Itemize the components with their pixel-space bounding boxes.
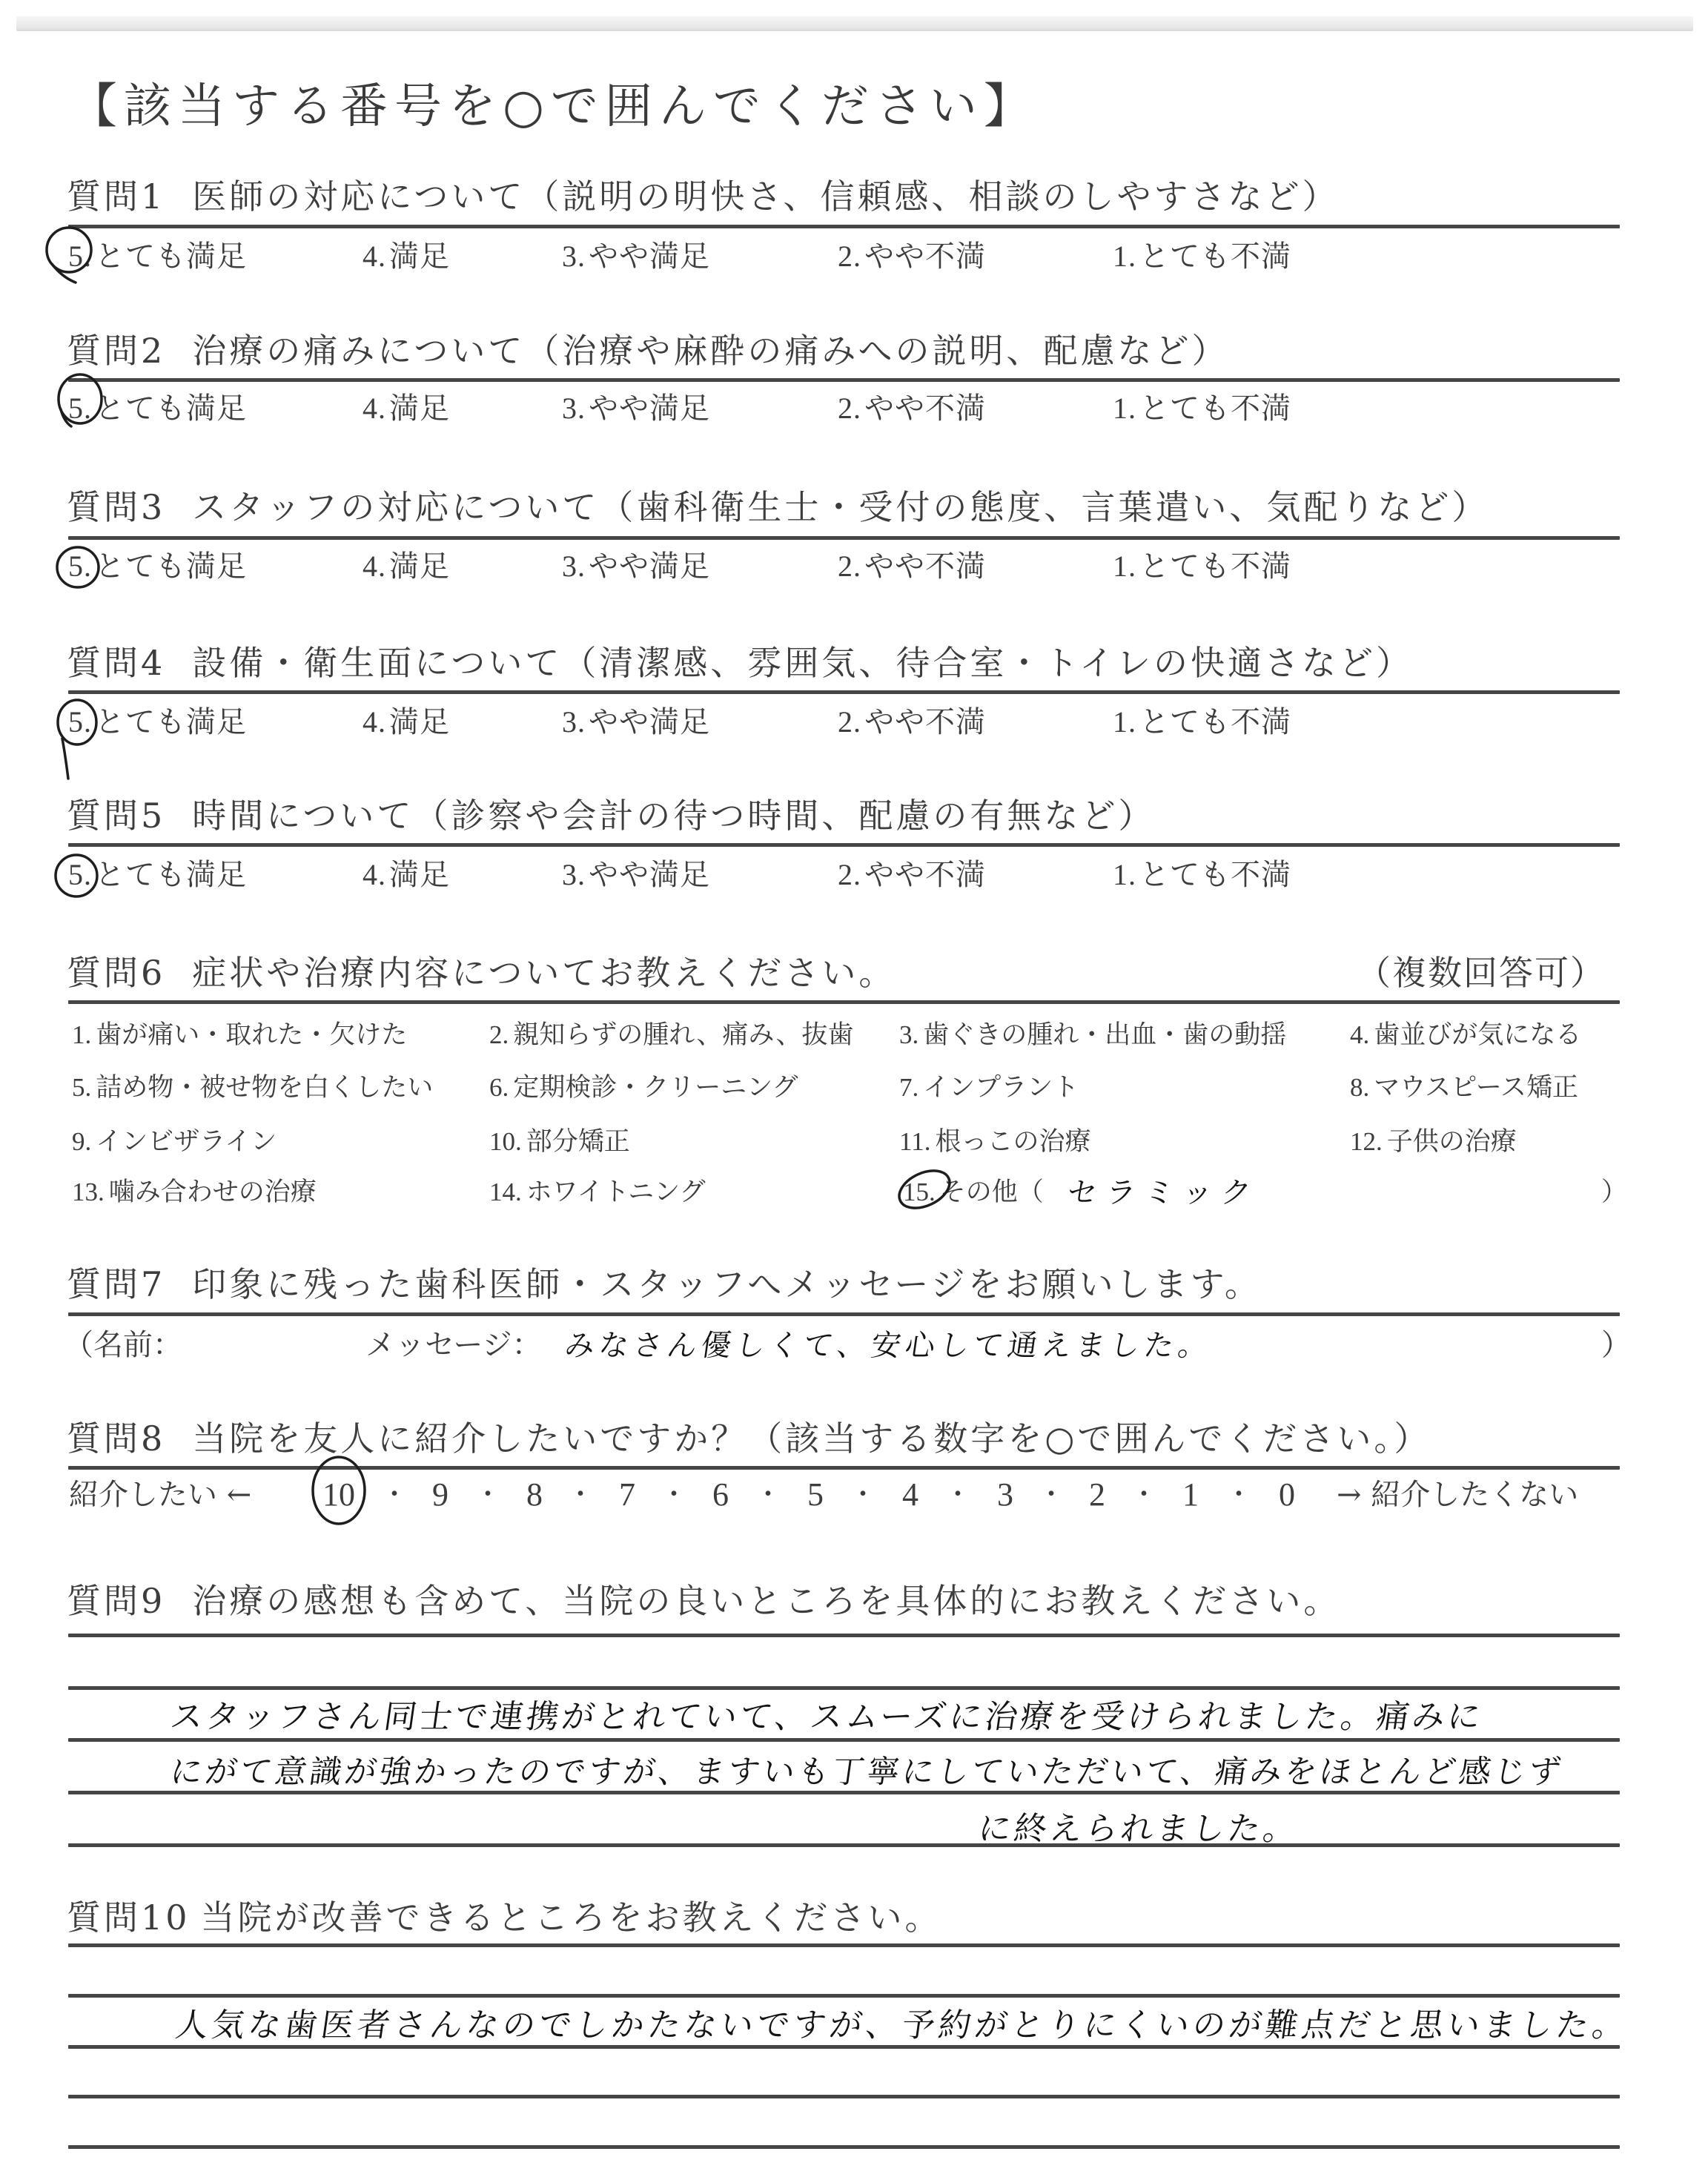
question-text: 設備・衛生面について（清潔感、雰囲気、待合室・トイレの快適さなど） (192, 643, 1413, 683)
divider-line (68, 378, 1620, 382)
item-label: マウスピース矯正 (1374, 1073, 1578, 1103)
symptom-item-10: 10.部分矯正 (489, 1126, 630, 1158)
item-number: 8. (1350, 1073, 1369, 1102)
question-5-heading: 質問5時間について（診察や会計の待つ時間、配慮の有無など） (67, 795, 1155, 836)
handwritten-improvement-answer: 人気な歯医者さんなのでしかたないですが、予約がとりにくいのが難点だと思いました。 (173, 2007, 1631, 2044)
scale-0: 0 (1265, 1477, 1309, 1513)
question-text: 症状や治療内容についてお教えください。 (192, 953, 896, 993)
question-text: 当院を友人に紹介したいですか？（該当する数字を○で囲んでください。） (192, 1418, 1431, 1459)
answer-line (68, 1843, 1620, 1847)
option-4: 4.満足 (363, 704, 450, 740)
option-number: 1. (1113, 240, 1136, 273)
separator-dot: ・ (1036, 1477, 1066, 1513)
recommend-no-label: → 紹介したくない (1337, 1477, 1578, 1513)
option-label: とても満足 (95, 240, 247, 274)
option-3: 3.やや満足 (562, 391, 710, 426)
divider-line (68, 1466, 1620, 1470)
option-label: やや満足 (589, 705, 710, 739)
option-4: 4.満足 (363, 857, 450, 893)
option-label: とても不満 (1139, 549, 1291, 584)
scale-3: 3 (983, 1477, 1027, 1513)
item-label: ホワイトニング (526, 1178, 706, 1207)
option-5: 5.とても満足 (68, 391, 247, 426)
answer-line (68, 1686, 1620, 1690)
option-number: 2. (838, 705, 861, 739)
symptom-item-3: 3.歯ぐきの腫れ・出血・歯の動揺 (899, 1019, 1286, 1051)
option-2: 2.やや不満 (838, 391, 986, 426)
item-label: 子供の治療 (1387, 1127, 1517, 1157)
symptom-item-7: 7.インプラント (899, 1071, 1079, 1104)
option-number: 2. (838, 240, 861, 273)
option-number: 2. (838, 858, 861, 891)
option-label: やや満足 (589, 549, 710, 584)
option-3: 3.やや満足 (562, 239, 710, 274)
option-label: 満足 (389, 705, 450, 739)
answer-line (68, 2095, 1620, 2098)
question-9-heading: 質問9治療の感想も含めて、当院の良いところを具体的にお教えください。 (67, 1580, 1340, 1622)
option-number: 4. (363, 392, 386, 425)
item-label: インプラント (923, 1073, 1079, 1103)
question-1-options: 5.とても満足 4.満足 3.やや満足 2.やや不満 1.とても不満 (0, 239, 1708, 274)
item-number: 12. (1350, 1127, 1383, 1156)
question-number: 質問6 (67, 953, 165, 993)
question-number: 質問7 (67, 1264, 165, 1304)
scale-2: 2 (1075, 1477, 1119, 1513)
symptom-item-5: 5.詰め物・被せ物を白くしたい (72, 1071, 433, 1104)
divider-line (68, 536, 1620, 540)
option-number: 4. (363, 705, 386, 739)
option-label: とても満足 (95, 705, 247, 739)
divider-line (68, 1312, 1620, 1316)
option-label: やや不満 (864, 240, 986, 274)
symptom-item-14: 14.ホワイトニング (489, 1176, 706, 1209)
handwritten-answer-line-1: スタッフさん同士で連携がとれていて、スムーズに治療を受けられました。痛みに (168, 1699, 1486, 1736)
question-text: 印象に残った歯科医師・スタッフへメッセージをお願いします。 (192, 1264, 1262, 1304)
question-2-heading: 質問2治療の痛みについて（治療や麻酔の痛みへの説明、配慮など） (67, 330, 1228, 371)
question-text: 当院が改善できるところをお教えください。 (201, 1898, 942, 1938)
option-3: 3.やや満足 (562, 704, 710, 740)
option-1: 1.とても不満 (1113, 239, 1291, 274)
scale-7: 7 (605, 1477, 649, 1513)
option-3: 3.やや満足 (562, 857, 710, 893)
scale-1: 1 (1168, 1477, 1213, 1513)
option-number: 3. (562, 549, 586, 583)
item-label: 親知らずの腫れ、痛み、抜歯 (513, 1020, 853, 1050)
option-label: とても満足 (95, 392, 247, 426)
option-label: やや不満 (864, 858, 986, 892)
separator-dot: ・ (659, 1477, 689, 1513)
item-number: 3. (899, 1020, 918, 1049)
option-1: 1.とても不満 (1113, 391, 1291, 426)
question-7-heading: 質問7印象に残った歯科医師・スタッフへメッセージをお願いします。 (67, 1264, 1262, 1305)
item-label: その他（ (940, 1178, 1044, 1207)
item-label: 歯ぐきの腫れ・出血・歯の動揺 (923, 1020, 1286, 1050)
separator-dot: ・ (848, 1477, 878, 1513)
option-label: とても満足 (95, 858, 247, 892)
option-2: 2.やや不満 (838, 239, 986, 274)
item-number: 4. (1350, 1020, 1369, 1049)
option-number: 1. (1113, 392, 1136, 425)
symptom-item-8: 8.マウスピース矯正 (1350, 1071, 1578, 1104)
option-4: 4.満足 (363, 239, 450, 274)
question-number: 質問5 (67, 796, 165, 836)
symptom-item-15-other: 15.その他（ (903, 1176, 1044, 1209)
item-label: 詰め物・被せ物を白くしたい (96, 1073, 433, 1103)
item-number: 13. (72, 1178, 105, 1206)
option-number: 5. (68, 392, 92, 425)
item-label: 歯が痛い・取れた・欠けた (96, 1020, 407, 1050)
item-label: インビザライン (96, 1127, 277, 1157)
other-close-paren: ） (1601, 1176, 1627, 1209)
question-1-heading: 質問1医師の対応について（説明の明快さ、信頼感、相談のしやすさなど） (67, 176, 1340, 217)
item-label: 歯並びが気になる (1374, 1020, 1581, 1050)
question-4-heading: 質問4設備・衛生面について（清潔感、雰囲気、待合室・トイレの快適さなど） (67, 642, 1413, 684)
option-5: 5.とても満足 (68, 857, 247, 893)
option-number: 3. (562, 392, 586, 425)
item-label: 部分矯正 (526, 1127, 630, 1157)
option-number: 3. (562, 705, 586, 739)
option-number: 3. (562, 858, 586, 891)
option-label: 満足 (389, 549, 450, 584)
separator-dot: ・ (566, 1477, 595, 1513)
scale-10: 10 (317, 1477, 361, 1513)
instruction-title: 【該当する番号を○で囲んでください】 (70, 80, 1038, 133)
item-number: 2. (489, 1020, 509, 1049)
scale-4: 4 (888, 1477, 933, 1513)
answer-line (68, 1738, 1620, 1742)
option-2: 2.やや不満 (838, 704, 986, 740)
option-number: 5. (68, 240, 92, 273)
option-label: とても不満 (1139, 240, 1291, 274)
option-number: 1. (1113, 705, 1136, 739)
scale-9: 9 (418, 1477, 463, 1513)
item-number: 6. (489, 1073, 509, 1102)
symptom-item-12: 12.子供の治療 (1350, 1126, 1517, 1158)
question-number: 質問1 (67, 176, 165, 217)
scale-5: 5 (793, 1477, 838, 1513)
option-number: 4. (363, 549, 386, 583)
item-number: 9. (72, 1127, 91, 1156)
question-text: 治療の感想も含めて、当院の良いところを具体的にお教えください。 (192, 1581, 1340, 1621)
option-label: やや満足 (589, 392, 710, 426)
item-number: 5. (72, 1073, 91, 1102)
recommend-yes-label: 紹介したい ← (69, 1477, 251, 1513)
option-label: 満足 (389, 858, 450, 892)
answer-line (68, 2145, 1620, 2149)
option-label: 満足 (389, 240, 450, 274)
divider-line (68, 225, 1620, 228)
divider-line (68, 1000, 1620, 1004)
separator-dot: ・ (753, 1477, 783, 1513)
symptom-item-9: 9.インビザライン (72, 1126, 277, 1158)
answer-line (68, 1994, 1620, 1998)
option-label: やや満足 (589, 858, 710, 892)
question-number: 質問10 (67, 1898, 191, 1938)
item-number: 7. (899, 1073, 918, 1102)
option-2: 2.やや不満 (838, 857, 986, 893)
question-8-heading: 質問8当院を友人に紹介したいですか？（該当する数字を○で囲んでください。） (67, 1418, 1431, 1459)
item-label: 噛み合わせの治療 (109, 1178, 317, 1207)
scale-8: 8 (512, 1477, 557, 1513)
option-number: 5. (68, 705, 92, 739)
scale-6: 6 (698, 1477, 743, 1513)
answer-line (68, 1634, 1620, 1637)
option-4: 4.満足 (363, 391, 450, 426)
question-4-options: 5.とても満足 4.満足 3.やや満足 2.やや不満 1.とても不満 (0, 704, 1708, 740)
question-3-heading: 質問3スタッフの対応について（歯科衛生士・受付の態度、言葉遣い、気配りなど） (67, 486, 1489, 528)
question-5-options: 5.とても満足 4.満足 3.やや満足 2.やや不満 1.とても不満 (0, 857, 1708, 893)
option-number: 5. (68, 549, 92, 583)
option-1: 1.とても不満 (1113, 549, 1291, 584)
option-label: やや満足 (589, 240, 710, 274)
answer-line (68, 1791, 1620, 1794)
option-5: 5.とても満足 (68, 704, 247, 740)
item-label: 定期検診・クリーニング (513, 1073, 798, 1103)
option-label: やや不満 (864, 705, 986, 739)
scan-edge-band (16, 16, 1693, 31)
question-2-options: 5.とても満足 4.満足 3.やや満足 2.やや不満 1.とても不満 (0, 391, 1708, 426)
question-text: 治療の痛みについて（治療や麻酔の痛みへの説明、配慮など） (192, 331, 1228, 371)
question-text: スタッフの対応について（歯科衛生士・受付の態度、言葉遣い、気配りなど） (192, 487, 1489, 527)
handwritten-answer-line-3: に終えられました。 (976, 1811, 1301, 1848)
option-1: 1.とても不満 (1113, 704, 1291, 740)
question-number: 質問2 (67, 331, 165, 371)
option-label: やや不満 (864, 549, 986, 584)
option-1: 1.とても不満 (1113, 857, 1291, 893)
option-number: 1. (1113, 858, 1136, 891)
option-label: とても満足 (95, 549, 247, 584)
item-number: 11. (899, 1127, 930, 1156)
question-text: 医師の対応について（説明の明快さ、信頼感、相談のしやすさなど） (192, 176, 1339, 217)
divider-line (68, 690, 1620, 694)
option-label: とても不満 (1139, 705, 1291, 739)
question-10-heading: 質問10当院が改善できるところをお教えください。 (67, 1897, 942, 1938)
item-number: 14. (489, 1178, 522, 1206)
symptom-item-2: 2.親知らずの腫れ、痛み、抜歯 (489, 1019, 853, 1051)
question-text: 時間について（診察や会計の待つ時間、配慮の有無など） (192, 796, 1155, 836)
handwritten-answer-line-2: にがて意識が強かったのですが、ますいも丁寧にしていただいて、痛みをほとんど感じず (168, 1754, 1566, 1791)
option-label: とても不満 (1139, 858, 1291, 892)
question-6-heading: 質問6症状や治療内容についてお教えください。 (67, 952, 896, 994)
symptom-item-4: 4.歯並びが気になる (1350, 1019, 1581, 1051)
question-number: 質問8 (67, 1418, 165, 1459)
option-label: 満足 (389, 392, 450, 426)
item-label: 根っこの治療 (935, 1127, 1090, 1157)
answer-line (68, 2045, 1620, 2049)
option-5: 5.とても満足 (68, 549, 247, 584)
option-label: やや不満 (864, 392, 986, 426)
question-3-options: 5.とても満足 4.満足 3.やや満足 2.やや不満 1.とても不満 (0, 549, 1708, 584)
multiple-answers-note: （複数回答可） (1357, 952, 1606, 994)
option-number: 3. (562, 240, 586, 273)
symptom-item-13: 13.噛み合わせの治療 (72, 1176, 317, 1209)
other-handwritten-answer: セラミック (1065, 1175, 1262, 1212)
option-2: 2.やや不満 (838, 549, 986, 584)
option-number: 4. (363, 858, 386, 891)
handwritten-message: みなさん優しくて、安心して通えました。 (562, 1327, 1214, 1364)
option-4: 4.満足 (363, 549, 450, 584)
option-number: 5. (68, 858, 92, 891)
option-5: 5.とても満足 (68, 239, 247, 274)
separator-dot: ・ (1224, 1477, 1254, 1513)
item-number: 10. (489, 1127, 522, 1156)
symptom-item-1: 1.歯が痛い・取れた・欠けた (72, 1019, 407, 1051)
option-number: 1. (1113, 549, 1136, 583)
message-close-paren: ） (1601, 1327, 1631, 1363)
question-number: 質問9 (67, 1581, 165, 1621)
option-number: 2. (838, 549, 861, 583)
option-3: 3.やや満足 (562, 549, 710, 584)
symptom-item-11: 11.根っこの治療 (899, 1126, 1090, 1158)
question-number: 質問4 (67, 643, 165, 683)
question-number: 質問3 (67, 487, 165, 527)
message-label: メッセージ： (365, 1327, 542, 1363)
item-number: 1. (72, 1020, 91, 1049)
answer-line (68, 1943, 1620, 1947)
name-label: （名前： (64, 1327, 182, 1363)
separator-dot: ・ (1129, 1477, 1159, 1513)
option-number: 4. (363, 240, 386, 273)
item-number: 15. (903, 1178, 936, 1206)
recommend-scale: 紹介したい ← 10 ・ 9 ・ 8 ・ 7 ・ 6 ・ 5 ・ 4 ・ 3 ・… (0, 1477, 1708, 1513)
option-label: とても不満 (1139, 392, 1291, 426)
separator-dot: ・ (943, 1477, 973, 1513)
option-number: 2. (838, 392, 861, 425)
symptom-item-6: 6.定期検診・クリーニング (489, 1071, 798, 1104)
separator-dot: ・ (380, 1477, 409, 1513)
divider-line (68, 843, 1620, 847)
separator-dot: ・ (473, 1477, 503, 1513)
